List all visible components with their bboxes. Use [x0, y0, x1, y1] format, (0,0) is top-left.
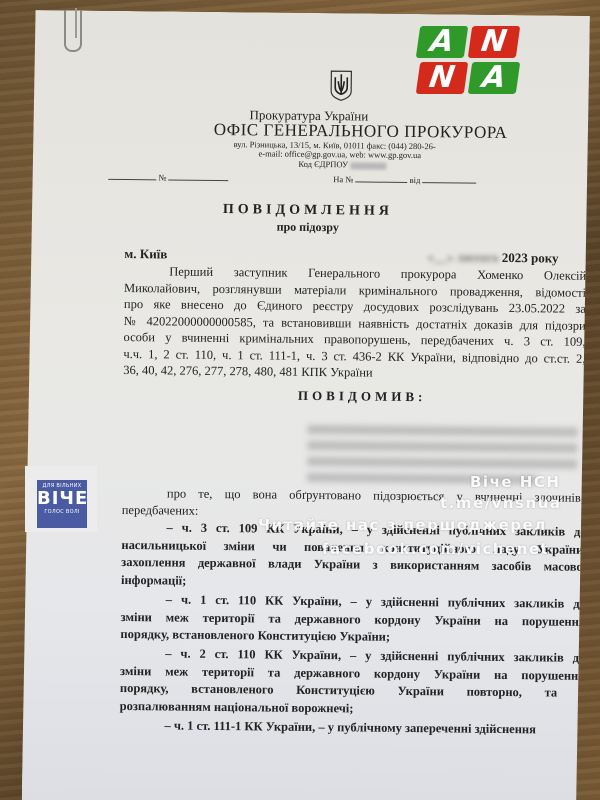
document-city: м. Київ — [124, 246, 167, 262]
watermark-telegram: t.me/vnsnua — [440, 494, 562, 512]
document-page: Прокуратура України ОФІС ГЕНЕРАЛЬНОГО ПР… — [22, 10, 590, 800]
watermark-viche-name: Віче НСН — [470, 473, 560, 491]
charge-item-3: – ч. 2 ст. 110 КК України, – у здійсненн… — [120, 645, 586, 720]
date-redacted: «__» лютого — [427, 249, 498, 265]
charge-item-4: – ч. 1 ст. 111-1 КК України, – у публічн… — [119, 717, 584, 739]
notified-heading: ПОВІДОМИВ: — [298, 388, 427, 405]
viche-watermark-logo: ДЛЯ ВІЛЬНИХ ВІЧЕ ГОЛОС ВОЛІ — [25, 466, 97, 532]
anna-tile: N — [416, 62, 468, 94]
anna-tile: A — [468, 62, 520, 94]
trident-emblem-icon — [329, 69, 353, 101]
anna-tile: N — [468, 26, 520, 58]
edrpou-label: Код ЄДРПОУ — [298, 159, 348, 170]
watermark-facebook: facebook.com/vichenet — [322, 540, 549, 558]
ref-date-label: від — [410, 175, 421, 185]
intro-paragraph: Перший заступник Генерального прокурора … — [123, 263, 586, 383]
incoming-ref-label: На № — [333, 174, 353, 184]
org-edrpou: Код ЄДРПОУ — [298, 159, 386, 170]
watermark-slogan: Читайте нас з першоджерел — [258, 516, 547, 534]
anna-watermark-logo: A N N A — [418, 26, 524, 96]
incoming-ref-line: На № від — [333, 173, 476, 185]
charge-item-2: – ч. 1 ст. 110 КК України, – у здійсненн… — [120, 591, 586, 648]
paperclip-icon — [64, 10, 82, 52]
outgoing-number-label: № — [158, 172, 166, 182]
document-content: Прокуратура України ОФІС ГЕНЕРАЛЬНОГО ПР… — [22, 10, 590, 800]
date-year: 2023 року — [502, 250, 559, 266]
edrpou-redacted — [350, 162, 386, 169]
document-date: «__» лютого 2023 року — [427, 249, 558, 266]
anna-tile: A — [416, 26, 468, 58]
outgoing-number-line: № — [108, 171, 228, 183]
